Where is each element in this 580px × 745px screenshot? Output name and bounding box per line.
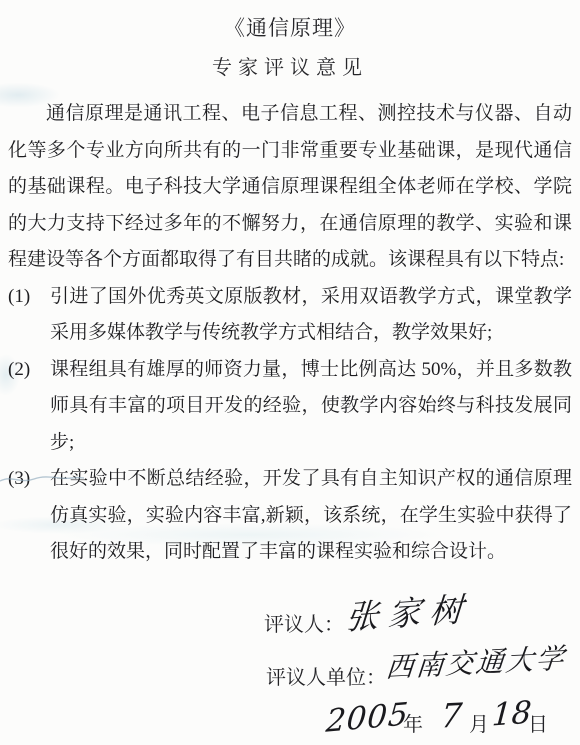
points-list: (1) 引进了国外优秀英文原版教材，采用双语教学方式，课堂教学采用多媒体教学与传…: [8, 279, 572, 571]
date-day-label: 日: [528, 708, 548, 737]
reviewer-unit-handwriting: 西南交通大学: [384, 636, 567, 686]
list-item: (2) 课程组具有雄厚的师资力量，博士比例高达 50%，并且多数教师具有丰富的项…: [8, 352, 572, 462]
reviewer-unit-label: 评议人单位：: [266, 661, 386, 690]
date-month-label: 月: [469, 708, 489, 737]
list-item-number: (2): [8, 352, 50, 462]
list-item-text: 引进了国外优秀英文原版教材，采用双语教学方式，课堂教学采用多媒体教学与传统教学方…: [50, 279, 572, 352]
list-item-number: (1): [8, 279, 50, 352]
list-item-text: 课程组具有雄厚的师资力量，博士比例高达 50%，并且多数教师具有丰富的项目开发的…: [50, 352, 572, 462]
scanned-document-page: 《通信原理》 专家评议意见 通信原理是通讯工程、电子信息工程、测控技术与仪器、自…: [0, 0, 580, 745]
document-title: 《通信原理》: [0, 12, 580, 42]
date-year-handwriting: 2005: [325, 696, 411, 740]
date-month-handwriting: 7: [439, 695, 463, 735]
scan-crease-artifact: [0, 468, 84, 490]
reviewer-label: 评议人：: [264, 608, 344, 637]
document-body: 通信原理是通讯工程、电子信息工程、测控技术与仪器、自动化等多个专业方向所共有的一…: [8, 96, 572, 571]
reviewer-signature-handwriting: 张家树: [344, 583, 473, 639]
date-year-label: 年: [403, 708, 423, 737]
intro-paragraph: 通信原理是通讯工程、电子信息工程、测控技术与仪器、自动化等多个专业方向所共有的一…: [8, 96, 572, 279]
document-subtitle: 专家评议意见: [0, 51, 580, 80]
date-day-handwriting: 18: [491, 694, 533, 733]
list-item: (1) 引进了国外优秀英文原版教材，采用双语教学方式，课堂教学采用多媒体教学与传…: [8, 279, 572, 352]
list-item-text: 在实验中不断总结经验，开发了具有自主知识产权的通信原理仿真实验，实验内容丰富,新…: [50, 461, 572, 571]
list-item: (3) 在实验中不断总结经验，开发了具有自主知识产权的通信原理仿真实验，实验内容…: [8, 461, 572, 571]
